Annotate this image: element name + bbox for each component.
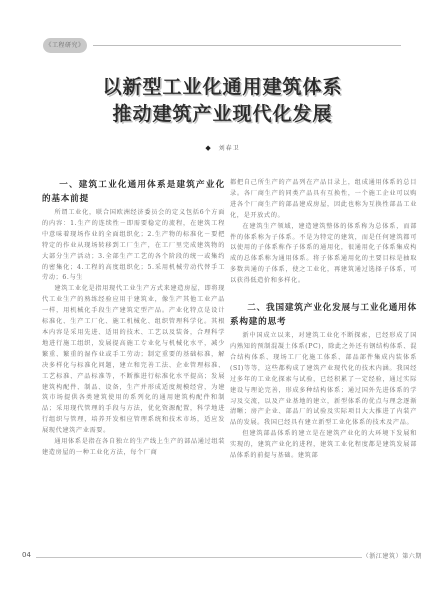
footer-divider (36, 557, 362, 558)
title-line-2: 推动建筑产业现代化发展 (0, 101, 445, 128)
paragraph: 都把自己所生产的产品列在产品目录上，组成通用体系的总目录。各厂商生产的同类产品具… (230, 178, 417, 222)
right-column: 都把自己所生产的产品列在产品目录上，组成通用体系的总目录。各厂商生产的同类产品具… (230, 178, 417, 462)
section-heading-1: 一、建筑工业化通用体系是建筑产业化的基本前提 (42, 178, 225, 206)
header-divider (93, 45, 401, 46)
paragraph: 通用体系是指在各自独立的生产线上生产的部品通过组装建造房屋的一种工业化方法，每个… (42, 437, 225, 459)
paragraph: 但建筑部品体系的建立是在建筑产业化的大环境下发展和实现的，建筑产业化的进程，建筑… (230, 429, 417, 462)
diamond-icon: ◆ (205, 144, 211, 152)
column-tag: 《工程研究》 (43, 38, 87, 53)
page-number: 04 (22, 551, 31, 559)
paragraph: 所谓工业化，联合国欧洲经济委员会的定义包括6个方面的内容：1.生产的连续性－即需… (42, 208, 225, 284)
page-header: 《工程研究》 (43, 38, 401, 54)
section-spacer (230, 287, 417, 301)
author-line: ◆ 刘春卫 (0, 143, 445, 152)
author-name: 刘春卫 (219, 145, 240, 152)
journal-issue: （浙江建筑）第六期 (363, 551, 422, 560)
left-column: 一、建筑工业化通用体系是建筑产业化的基本前提 所谓工业化，联合国欧洲经济委员会的… (42, 178, 225, 459)
section-heading-2: 二、我国建筑产业化发展与工业化通用体系构建的思考 (230, 301, 417, 329)
paragraph: 建筑工业化是指用现代工业生产方式来建造房屋，即将现代工业生产的熟练经验应用于建筑… (42, 284, 225, 437)
paragraph: 新中国成立以来，对建筑工业化不断探索，已经形成了国内熟知的预制混凝土体系(PC)… (230, 331, 417, 429)
article-title: 以新型工业化通用建筑体系 推动建筑产业现代化发展 (0, 74, 445, 128)
title-line-1: 以新型工业化通用建筑体系 (0, 74, 445, 101)
paragraph: 在建筑生产领域，建造建筑整体的体系称为总体系，而部件的体系称为子体系。不是为特定… (230, 222, 417, 287)
page-footer: 04 （浙江建筑）第六期 (22, 551, 422, 563)
